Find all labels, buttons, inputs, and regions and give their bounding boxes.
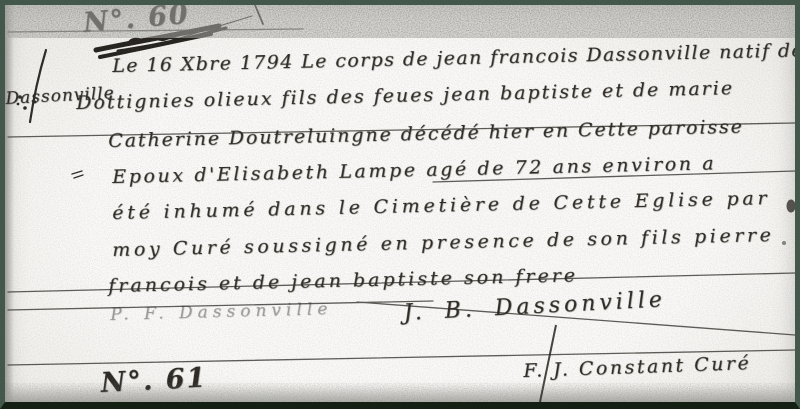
record-number-bottom: N°. 61	[100, 362, 208, 399]
left-edge-smudge	[5, 5, 14, 402]
scanned-parish-register-page: N°. 60 Dassonville Le 16 Xbre 1794 Le co…	[0, 0, 800, 409]
